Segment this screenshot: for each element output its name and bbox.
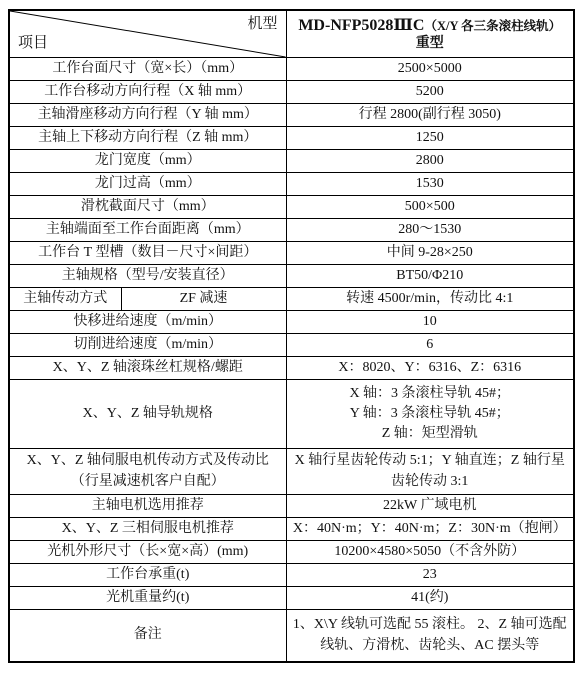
spec-value-line: X 轴：3 条滚柱导轨 45#； <box>289 384 572 404</box>
model-note: （X/Y 各三条滚柱线轨） <box>424 19 561 33</box>
spec-label: X、Y、Z 轴滚珠丝杠规格/螺距 <box>9 357 286 380</box>
spec-value: 23 <box>286 564 574 587</box>
table-row-remark: 备注 1、X\Y 线轨可选配 55 滚柱。 2、Z 轴可选配线轨、方滑枕、齿轮头… <box>9 610 574 663</box>
table-row: 主轴端面至工作台面距离（mm） 280～1530 <box>9 219 574 242</box>
spec-value: X 轴行星齿轮传动 5:1；Y 轴直连；Z 轴行星齿轮传动 3:1 <box>286 449 574 495</box>
table-row: 切削进给速度（m/min） 6 <box>9 334 574 357</box>
spec-value: 41(约) <box>286 587 574 610</box>
header-row: 机型 项目 MD-NFP5028ⅢC（X/Y 各三条滚柱线轨） 重型 <box>9 10 574 58</box>
table-row: 主轴电机选用推荐 22kW 广域电机 <box>9 495 574 518</box>
spec-label: 备注 <box>9 610 286 663</box>
table-row: 主轴滑座移动方向行程（Y 轴 mm） 行程 2800(副行程 3050) <box>9 104 574 127</box>
spec-label: 主轴滑座移动方向行程（Y 轴 mm） <box>9 104 286 127</box>
table-row-servodrive: X、Y、Z 轴伺服电机传动方式及传动比 （行星减速机客户自配） X 轴行星齿轮传… <box>9 449 574 495</box>
spec-label: 主轴规格（型号/安装直径） <box>9 265 286 288</box>
spec-value: BT50/Φ210 <box>286 265 574 288</box>
model-cell: MD-NFP5028ⅢC（X/Y 各三条滚柱线轨） 重型 <box>286 10 574 58</box>
spec-label-line: X、Y、Z 轴伺服电机传动方式及传动比 <box>12 451 284 471</box>
spec-value: 22kW 广域电机 <box>286 495 574 518</box>
spec-label: 快移进给速度（m/min） <box>9 311 286 334</box>
spec-value: 1530 <box>286 173 574 196</box>
spec-value: 500×500 <box>286 196 574 219</box>
spec-label: 主轴电机选用推荐 <box>9 495 286 518</box>
spec-label: X、Y、Z 轴导轨规格 <box>9 380 286 449</box>
spec-label: 滑枕截面尺寸（mm） <box>9 196 286 219</box>
table-row: 龙门宽度（mm） 2800 <box>9 150 574 173</box>
spec-label: 工作台 T 型槽（数目－尺寸×间距） <box>9 242 286 265</box>
spec-value: 10200×4580×5050（不含外防） <box>286 541 574 564</box>
spec-label: 光机外形尺寸（长×宽×高）(mm) <box>9 541 286 564</box>
spec-label: X、Y、Z 三相伺服电机推荐 <box>9 518 286 541</box>
spec-value-line: Y 轴：3 条滚柱导轨 45#； <box>289 404 572 424</box>
spec-label: 切削进给速度（m/min） <box>9 334 286 357</box>
spec-label: 光机重量约(t) <box>9 587 286 610</box>
table-row: 主轴上下移动方向行程（Z 轴 mm） 1250 <box>9 127 574 150</box>
spec-value: 6 <box>286 334 574 357</box>
model-code: MD-NFP5028ⅢC <box>298 17 424 34</box>
table-row: 快移进给速度（m/min） 10 <box>9 311 574 334</box>
table-row: 光机外形尺寸（长×宽×高）(mm) 10200×4580×5050（不含外防） <box>9 541 574 564</box>
table-row: 工作台承重(t) 23 <box>9 564 574 587</box>
spec-label-multiline: X、Y、Z 轴伺服电机传动方式及传动比 （行星减速机客户自配） <box>9 449 286 495</box>
table-row: 主轴规格（型号/安装直径） BT50/Φ210 <box>9 265 574 288</box>
table-row: 工作台面尺寸（宽×长）（mm） 2500×5000 <box>9 58 574 81</box>
table-row: 光机重量约(t) 41(约) <box>9 587 574 610</box>
table-row: 工作台 T 型槽（数目－尺寸×间距） 中间 9-28×250 <box>9 242 574 265</box>
table-row: 龙门过高（mm） 1530 <box>9 173 574 196</box>
spec-label: 主轴端面至工作台面距离（mm） <box>9 219 286 242</box>
spec-value: 中间 9-28×250 <box>286 242 574 265</box>
spec-value: X：8020、Y：6316、Z：6316 <box>286 357 574 380</box>
spec-value-remark: 1、X\Y 线轨可选配 55 滚柱。 2、Z 轴可选配线轨、方滑枕、齿轮头、AC… <box>286 610 574 663</box>
spec-label: 工作台面尺寸（宽×长）（mm） <box>9 58 286 81</box>
spec-value: X：40N·m；Y：40N·m；Z：30N·m（抱闸） <box>286 518 574 541</box>
spec-label: 主轴传动方式 <box>9 288 121 311</box>
spec-sublabel: ZF 减速 <box>121 288 286 311</box>
table-row-split: 主轴传动方式 ZF 减速 转速 4500r/min，传动比 4:1 <box>9 288 574 311</box>
spec-label: 工作台承重(t) <box>9 564 286 587</box>
model-title: MD-NFP5028ⅢC（X/Y 各三条滚柱线轨） <box>289 15 572 37</box>
spec-value: 10 <box>286 311 574 334</box>
spec-label: 工作台移动方向行程（X 轴 mm） <box>9 81 286 104</box>
spec-table: 机型 项目 MD-NFP5028ⅢC（X/Y 各三条滚柱线轨） 重型 工作台面尺… <box>8 9 575 663</box>
table-row-guiderail: X、Y、Z 轴导轨规格 X 轴：3 条滚柱导轨 45#； Y 轴：3 条滚柱导轨… <box>9 380 574 449</box>
spec-label: 龙门宽度（mm） <box>9 150 286 173</box>
corner-label-item: 项目 <box>18 33 48 55</box>
table-row: 滑枕截面尺寸（mm） 500×500 <box>9 196 574 219</box>
model-subtitle: 重型 <box>289 36 572 53</box>
spec-label: 主轴上下移动方向行程（Z 轴 mm） <box>9 127 286 150</box>
table-row: X、Y、Z 轴滚珠丝杠规格/螺距 X：8020、Y：6316、Z：6316 <box>9 357 574 380</box>
spec-value: 280～1530 <box>286 219 574 242</box>
spec-sheet-page: 机型 项目 MD-NFP5028ⅢC（X/Y 各三条滚柱线轨） 重型 工作台面尺… <box>0 0 581 681</box>
spec-label: 龙门过高（mm） <box>9 173 286 196</box>
spec-value-line: Z 轴：矩型滑轨 <box>289 424 572 444</box>
diagonal-divider <box>10 11 286 57</box>
corner-cell: 机型 项目 <box>9 10 286 58</box>
spec-value: 转速 4500r/min，传动比 4:1 <box>286 288 574 311</box>
spec-label-line: （行星减速机客户自配） <box>12 472 284 492</box>
corner-label-model: 机型 <box>247 14 277 36</box>
table-row: X、Y、Z 三相伺服电机推荐 X：40N·m；Y：40N·m；Z：30N·m（抱… <box>9 518 574 541</box>
spec-value: 1250 <box>286 127 574 150</box>
spec-value-multiline: X 轴：3 条滚柱导轨 45#； Y 轴：3 条滚柱导轨 45#； Z 轴：矩型… <box>286 380 574 449</box>
spec-value: 行程 2800(副行程 3050) <box>286 104 574 127</box>
spec-value: 2800 <box>286 150 574 173</box>
spec-value: 2500×5000 <box>286 58 574 81</box>
spec-value: 5200 <box>286 81 574 104</box>
table-row: 工作台移动方向行程（X 轴 mm） 5200 <box>9 81 574 104</box>
